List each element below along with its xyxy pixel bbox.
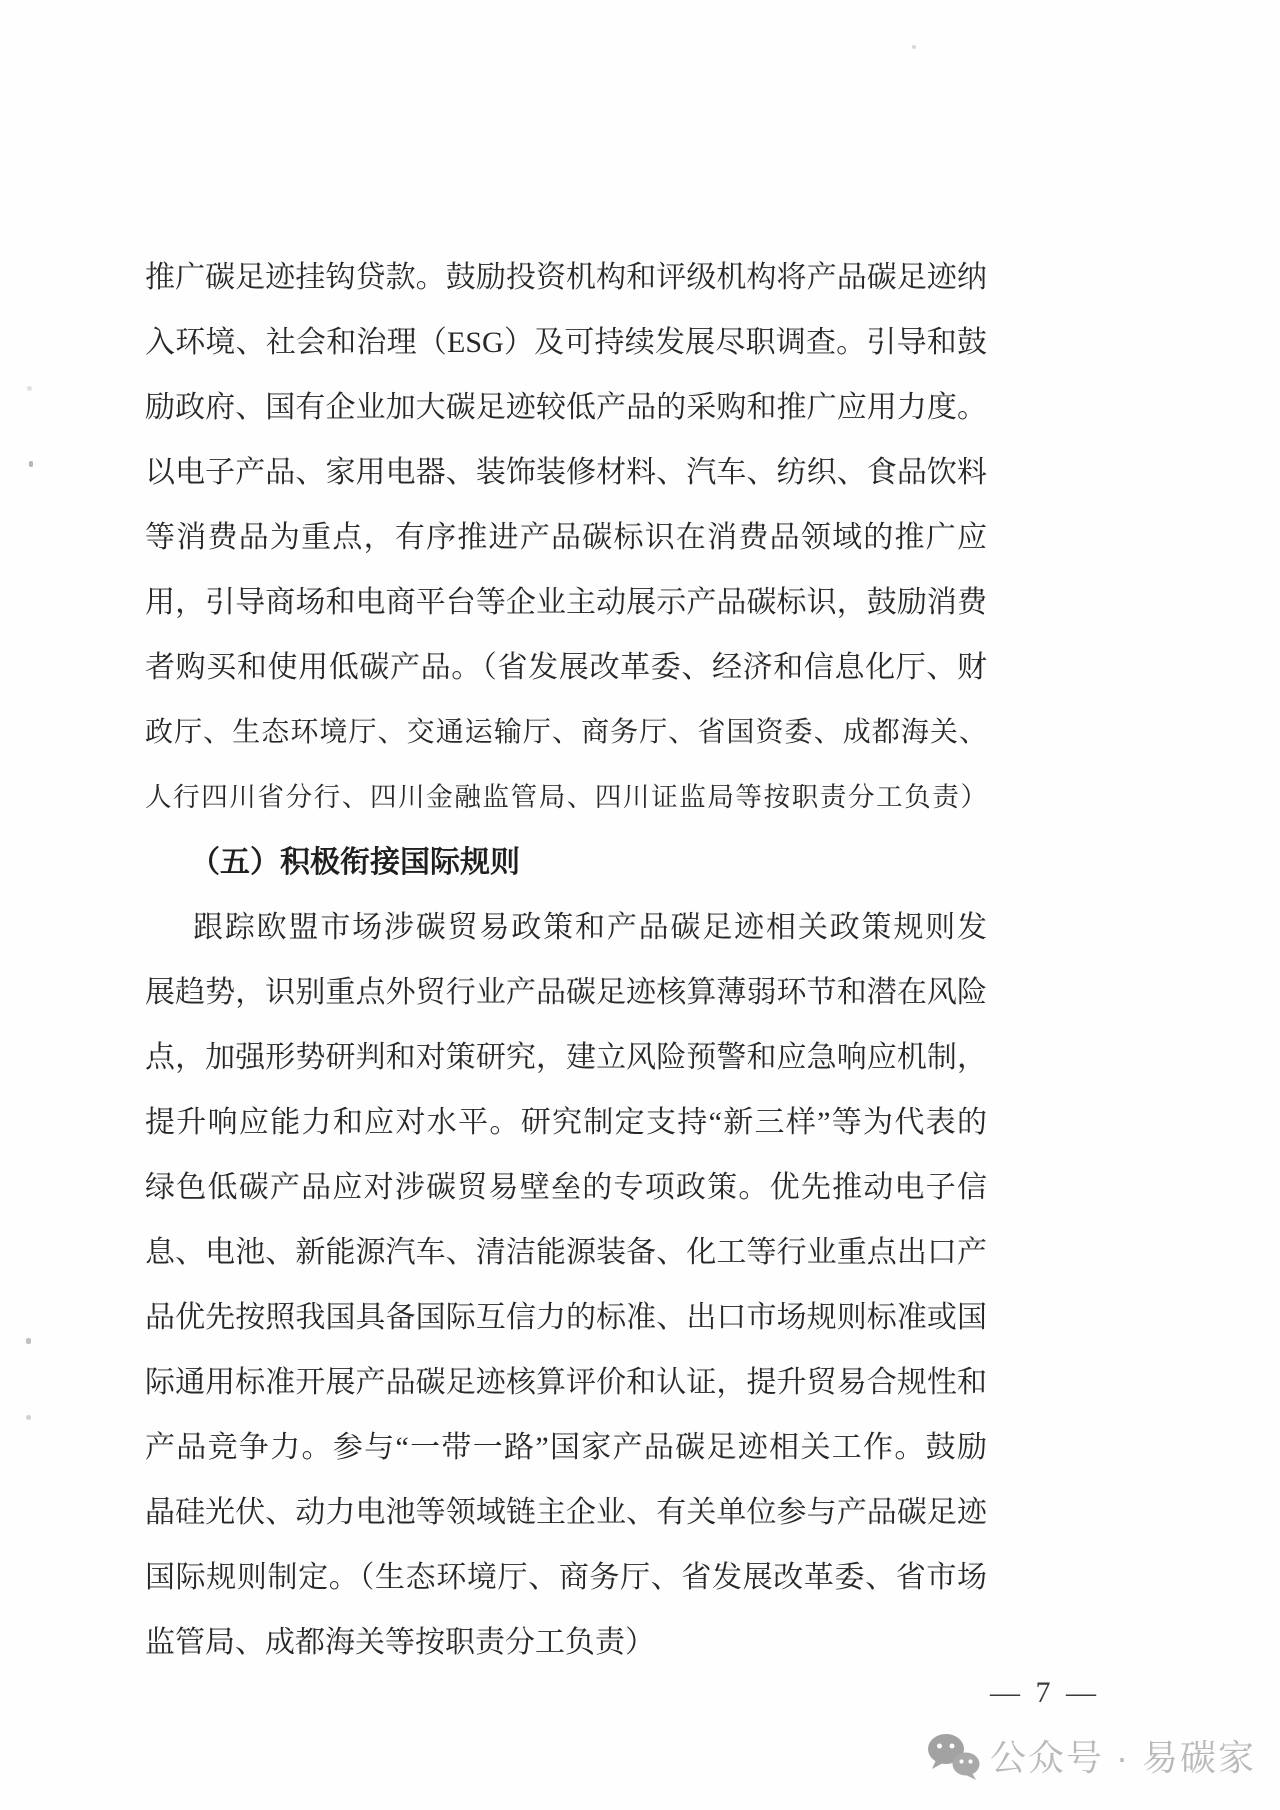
- scan-speck: [26, 1415, 31, 1420]
- text-line: 息、电池、新能源汽车、清洁能源装备、化工等行业重点出口产: [145, 1220, 987, 1285]
- text-line: 者购买和使用低碳产品。（省发展改革委、经济和信息化厅、财: [145, 635, 987, 700]
- text-line: 绿色低碳产品应对涉碳贸易壁垒的专项政策。优先推动电子信: [145, 1155, 987, 1220]
- text-line: 点，加强形势研判和对策研究，建立风险预警和应急响应机制，: [145, 1025, 987, 1090]
- text-line: 等消费品为重点，有序推进产品碳标识在消费品领域的推广应: [145, 505, 987, 570]
- section-heading: （五）积极衔接国际规则: [145, 830, 987, 895]
- text-line: 品优先按照我国具备国际互信力的标准、出口市场规则标准或国: [145, 1285, 987, 1350]
- text-line: 跟踪欧盟市场涉碳贸易政策和产品碳足迹相关政策规则发: [145, 895, 987, 960]
- text-line: 晶硅光伏、动力电池等领域链主企业、有关单位参与产品碳足迹: [145, 1480, 987, 1545]
- scan-speck: [27, 386, 32, 391]
- text-line: 展趋势，识别重点外贸行业产品碳足迹核算薄弱环节和潜在风险: [145, 960, 987, 1025]
- text-line: 用，引导商场和电商平台等企业主动展示产品碳标识，鼓励消费: [145, 570, 987, 635]
- scan-speck: [912, 45, 916, 49]
- document-page: 推广碳足迹挂钩贷款。鼓励投资机构和评级机构将产品碳足迹纳 入环境、社会和治理（E…: [0, 0, 1280, 1810]
- watermark-label: 公众号 · 易碳家: [990, 1730, 1256, 1781]
- watermark: 公众号 · 易碳家: [926, 1730, 1256, 1781]
- text-line: 励政府、国有企业加大碳足迹较低产品的采购和推广应用力度。: [145, 375, 987, 440]
- text-line: 推广碳足迹挂钩贷款。鼓励投资机构和评级机构将产品碳足迹纳: [145, 245, 987, 310]
- text-line: 以电子产品、家用电器、装饰装修材料、汽车、纺织、食品饮料: [145, 440, 987, 505]
- text-line: 提升响应能力和应对水平。研究制定支持“新三样”等为代表的: [145, 1090, 987, 1155]
- wechat-icon: [926, 1732, 980, 1780]
- scan-speck: [26, 1338, 31, 1344]
- document-body: 推广碳足迹挂钩贷款。鼓励投资机构和评级机构将产品碳足迹纳 入环境、社会和治理（E…: [145, 245, 987, 1675]
- text-line: 际通用标准开展产品碳足迹核算评价和认证，提升贸易合规性和: [145, 1350, 987, 1415]
- page-number: — 7 —: [990, 1676, 1100, 1710]
- text-line: 人行四川省分行、四川金融监管局、四川证监局等按职责分工负责）: [145, 765, 987, 830]
- text-line: 产品竞争力。参与“一带一路”国家产品碳足迹相关工作。鼓励: [145, 1415, 987, 1480]
- scan-speck: [29, 461, 33, 467]
- text-line: 政厅、生态环境厅、交通运输厅、商务厅、省国资委、成都海关、: [145, 700, 987, 765]
- text-line: 国际规则制定。（生态环境厅、商务厅、省发展改革委、省市场: [145, 1545, 987, 1610]
- text-line: 监管局、成都海关等按职责分工负责）: [145, 1610, 987, 1675]
- text-line: 入环境、社会和治理（ESG）及可持续发展尽职调查。引导和鼓: [145, 310, 987, 375]
